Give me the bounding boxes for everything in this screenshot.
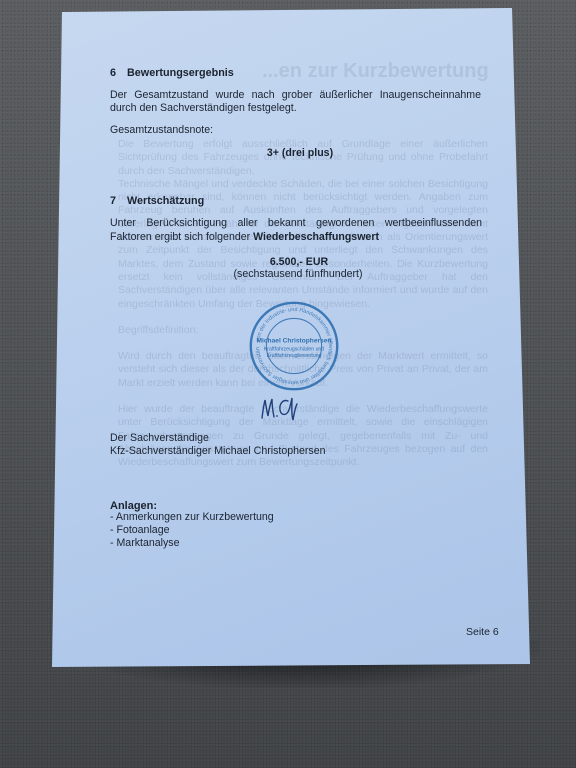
section-7-paragraph-line1: Unter Berücksichtigung aller bekannt gew… xyxy=(110,217,482,230)
section-7-paragraph-line2: Faktoren ergibt sich folgender Wiederbes… xyxy=(110,231,482,244)
page-number: Seite 6 xyxy=(466,626,499,638)
bleed-through-text: Die Bewertung erfolgt ausschließlich auf… xyxy=(118,112,488,470)
bleed-through-heading: ...en zur Kurzbewertung xyxy=(262,60,489,83)
signature-icon: M. Chr. xyxy=(258,392,300,424)
stamp-name: Michael Christophersen xyxy=(257,337,332,344)
stamp-line3: Kraftfahrzeugbewertung xyxy=(267,353,322,359)
stamp-line2: Kraftfahrzeugschäden und xyxy=(264,347,324,353)
attachment-item: - Fotoanlage xyxy=(110,524,482,537)
attachment-item: - Marktanalyse xyxy=(110,537,482,550)
grade-value: 3+ (drei plus) xyxy=(114,147,486,160)
section-6-heading: 6Bewertungsergebnis xyxy=(110,67,234,79)
svg-text:M. Chr.: M. Chr. xyxy=(258,392,262,393)
document-page: ...en zur Kurzbewertung Die Bewertung er… xyxy=(0,0,576,768)
value-type-label: Wiederbeschaffungswert xyxy=(253,231,379,243)
section-6-paragraph: Der Gesamtzustand wurde nach grober äuße… xyxy=(110,89,481,115)
signatory-name: Kfz-Sachverständiger Michael Christopher… xyxy=(110,445,482,458)
attachment-item: - Anmerkungen zur Kurzbewertung xyxy=(110,511,482,524)
valuation-amount-words: (sechstausend fünfhundert) xyxy=(112,268,484,281)
section-7-heading: 7Wertschätzung xyxy=(110,195,204,207)
signatory-title: Der Sachverständige xyxy=(110,432,482,445)
official-stamp-icon: von der Industrie- und Handelskammer öff… xyxy=(248,300,340,392)
grade-label: Gesamtzustandsnote: xyxy=(110,124,482,137)
